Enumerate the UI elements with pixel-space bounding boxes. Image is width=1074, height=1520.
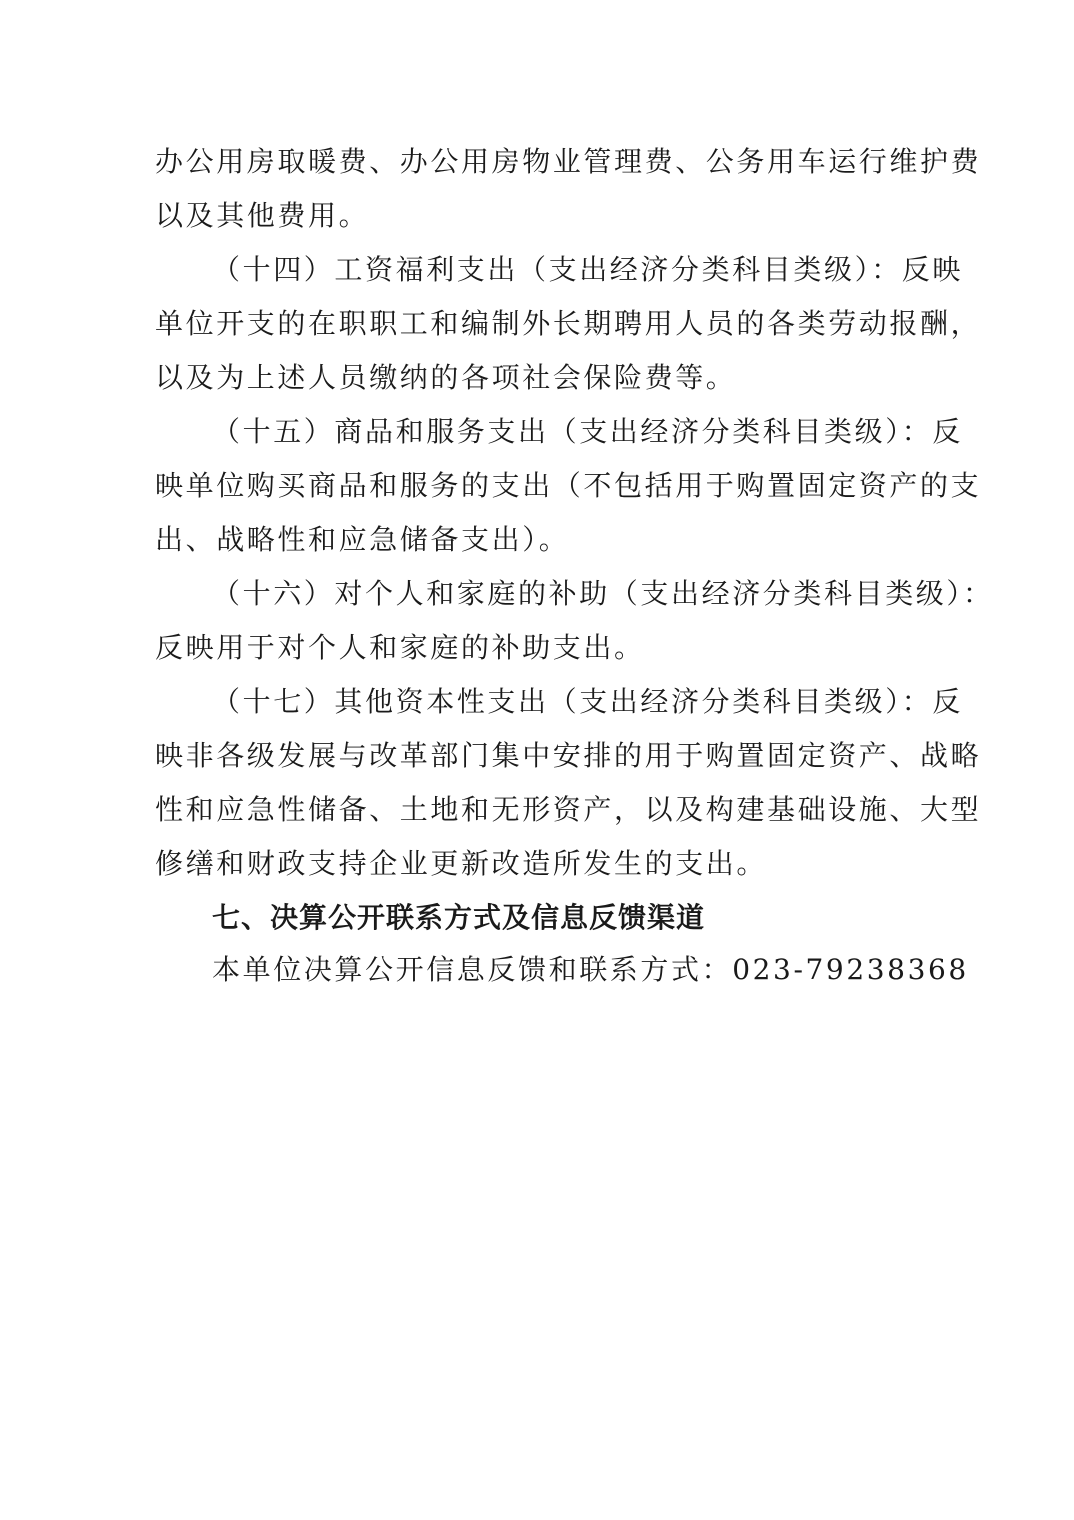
paragraph-line: 性和应急性储备、土地和无形资产，以及构建基础设施、大型 [155, 790, 925, 830]
item-16-heading-line: （十六）对个人和家庭的补助（支出经济分类科目类级）： [212, 574, 982, 614]
item-14-heading-line: （十四）工资福利支出（支出经济分类科目类级）：反映 [212, 250, 982, 290]
paragraph-line: 反映用于对个人和家庭的补助支出。 [155, 628, 925, 668]
item-15-heading-line: （十五）商品和服务支出（支出经济分类科目类级）：反 [212, 412, 982, 452]
paragraph-line: 单位开支的在职职工和编制外长期聘用人员的各类劳动报酬， [155, 304, 925, 344]
paragraph-line: 以及其他费用。 [155, 196, 925, 236]
paragraph-line: 修缮和财政支持企业更新改造所发生的支出。 [155, 844, 925, 884]
item-17-heading-line: （十七）其他资本性支出（支出经济分类科目类级）：反 [212, 682, 982, 722]
paragraph-line: 映单位购买商品和服务的支出（不包括用于购置固定资产的支 [155, 466, 925, 506]
paragraph-line: 映非各级发展与改革部门集中安排的用于购置固定资产、战略 [155, 736, 925, 776]
section-heading: 七、决算公开联系方式及信息反馈渠道 [212, 898, 982, 938]
paragraph-line: 办公用房取暖费、办公用房物业管理费、公务用车运行维护费 [155, 142, 925, 182]
contact-line: 本单位决算公开信息反馈和联系方式：023-79238368 [212, 950, 982, 990]
paragraph-line: 以及为上述人员缴纳的各项社会保险费等。 [155, 358, 925, 398]
document-page: 办公用房取暖费、办公用房物业管理费、公务用车运行维护费 以及其他费用。 （十四）… [0, 0, 1074, 1520]
paragraph-line: 出、战略性和应急储备支出）。 [155, 520, 925, 560]
